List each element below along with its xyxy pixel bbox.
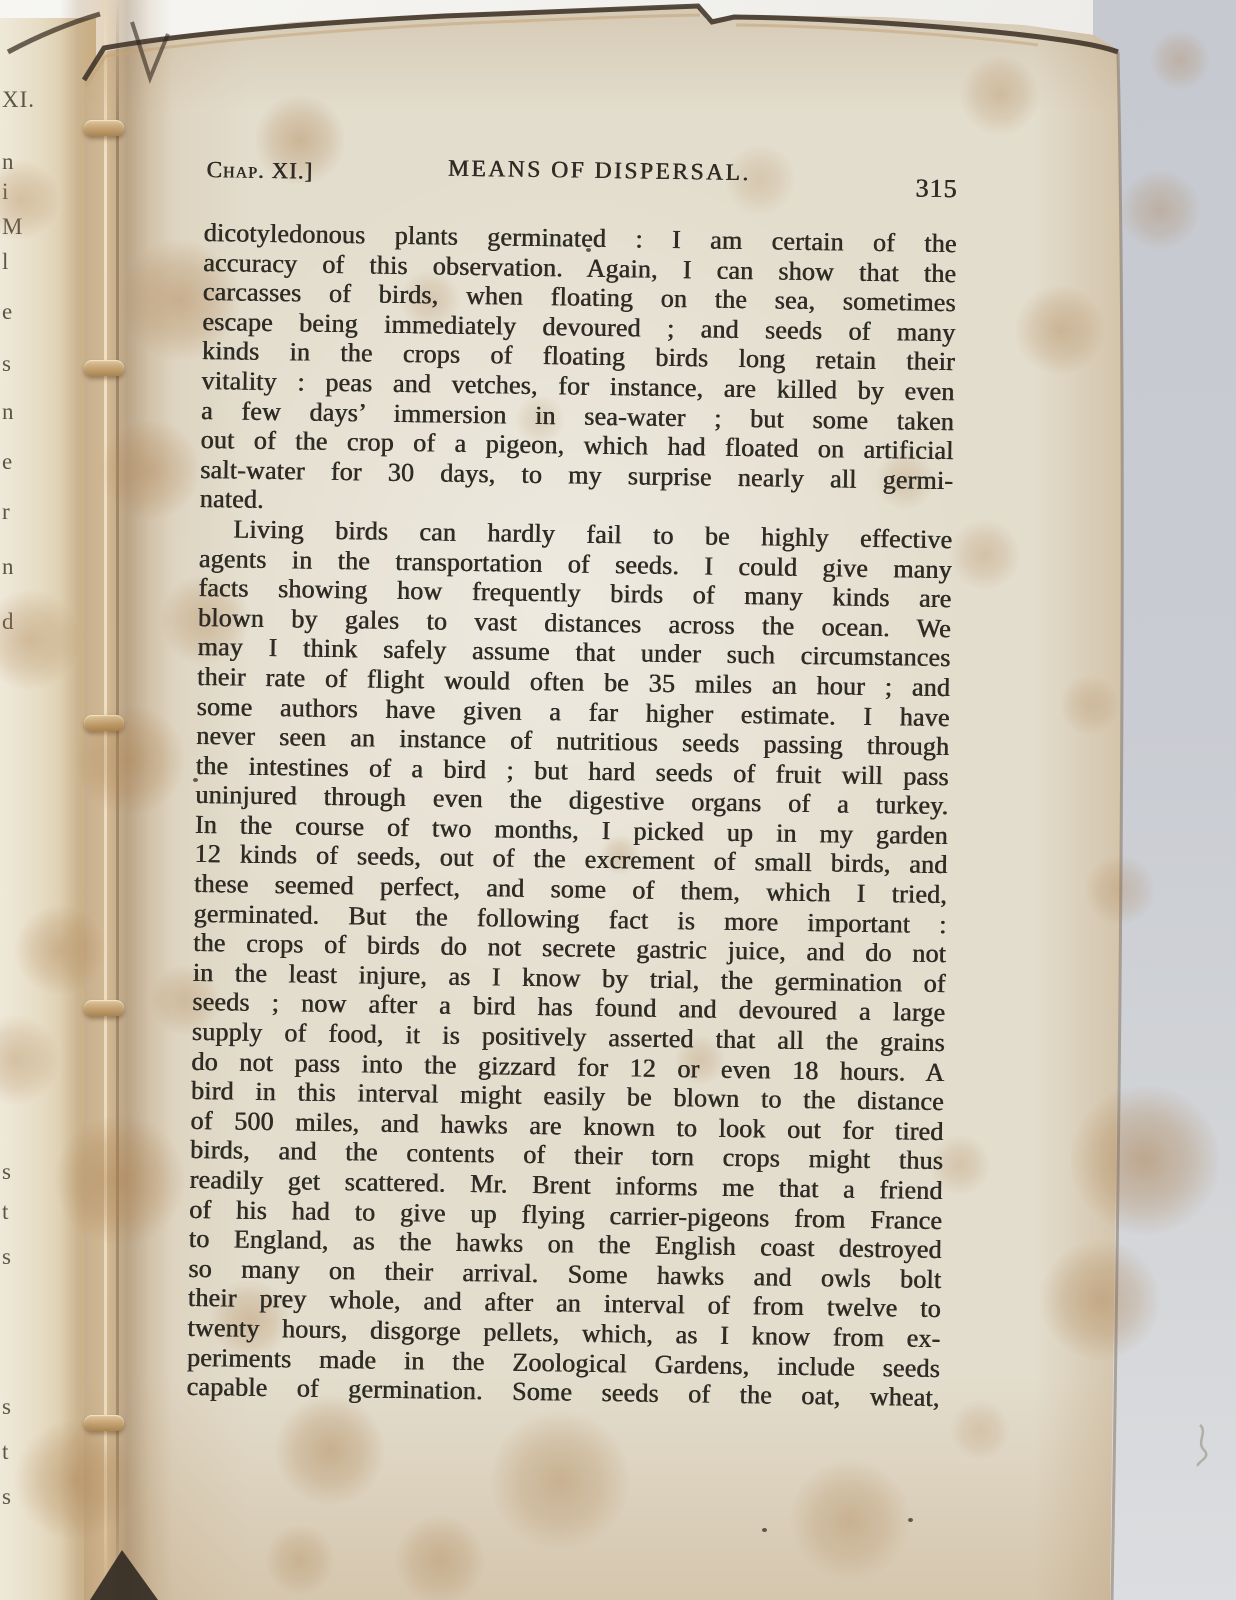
facing-page-edge-letter: t <box>2 1200 32 1224</box>
book-gutter <box>60 0 172 1600</box>
facing-page-edge-letter: XI. <box>2 88 32 112</box>
binding-cord <box>84 715 124 731</box>
ink-speck <box>193 778 198 782</box>
facing-page-edge-letter: s <box>2 1160 32 1184</box>
facing-page-edge-letter: d <box>2 610 32 634</box>
facing-page-edge-letter: M <box>2 215 32 239</box>
printed-text-block: Chap. XI.] MEANS OF DISPERSAL. 315 dicot… <box>186 152 957 1413</box>
body-text: dicotyledonous plants germinated : I am … <box>186 218 956 1413</box>
book-photograph: XI.niMlesnerndstssts Chap. XI.] MEANS OF… <box>0 0 1236 1600</box>
page-number: 315 <box>915 174 957 205</box>
binding-cord <box>84 120 124 136</box>
facing-page-edge-letter: n <box>2 400 32 424</box>
ink-speck <box>762 1528 767 1532</box>
chapter-label: Chap. XI.] <box>207 157 314 185</box>
facing-page-edge-letter: s <box>2 1395 32 1419</box>
facing-page-edge-letter: n <box>2 150 32 174</box>
facing-page-edge-letter: e <box>2 450 32 474</box>
facing-page-edge-letter: n <box>2 555 32 579</box>
facing-page-edge-letter: s <box>2 352 32 376</box>
binding-cord <box>84 360 124 376</box>
facing-page-edge-letter: s <box>2 1485 32 1509</box>
gutter-ridge-highlight <box>104 0 107 1600</box>
facing-page-edge-letter: r <box>2 500 32 524</box>
gutter-ridge-shadow <box>116 0 119 1600</box>
binding-cord <box>84 1000 124 1016</box>
facing-page-edge-letter: l <box>2 250 32 274</box>
ink-speck <box>586 248 591 252</box>
facing-page-edge-letter: t <box>2 1440 32 1464</box>
facing-page-edge-letter: i <box>2 180 32 204</box>
facing-page-edge-letter: e <box>2 300 32 324</box>
binding-cord <box>84 1415 124 1431</box>
facing-page-edge-letter: s <box>2 1245 32 1269</box>
running-title: MEANS OF DISPERSAL. <box>448 156 751 187</box>
ink-speck <box>908 1518 913 1522</box>
